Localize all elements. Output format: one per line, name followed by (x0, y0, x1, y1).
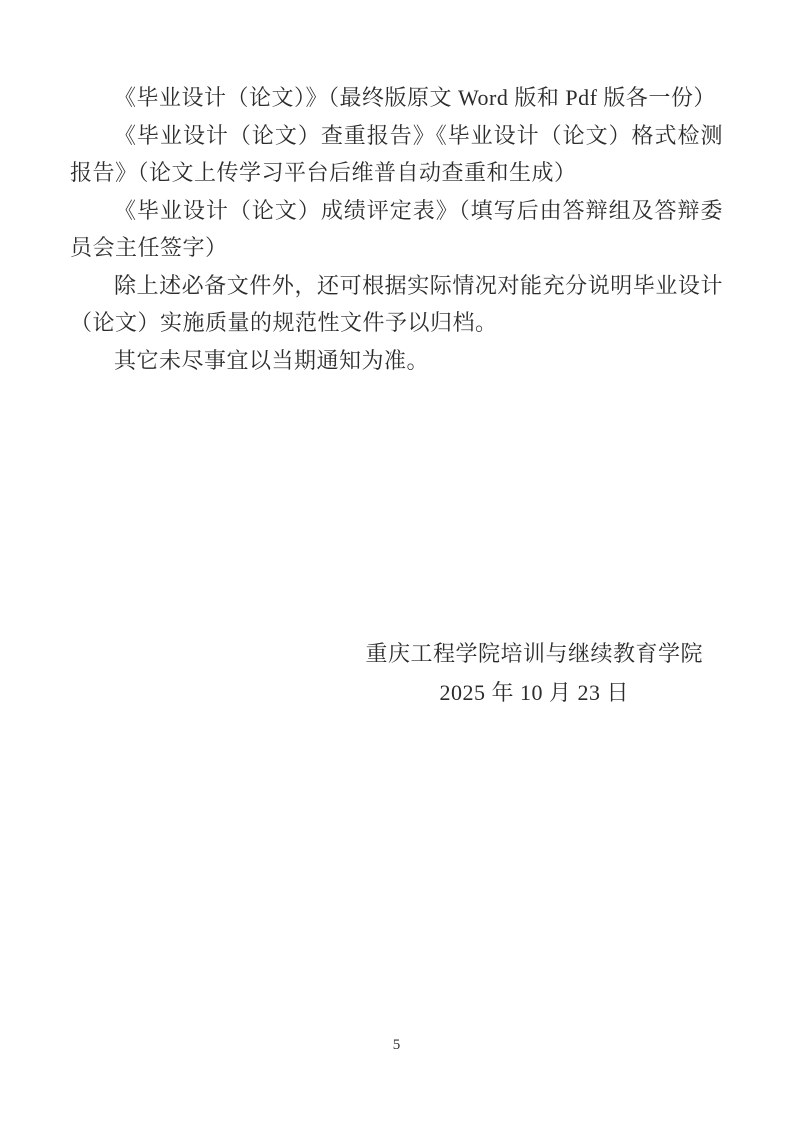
document-body: 《毕业设计（论文）》（最终版原文 Word 版和 Pdf 版各一份） 《毕业设计… (70, 79, 723, 379)
signature-date: 2025 年 10 月 23 日 (365, 673, 703, 712)
paragraph-archive-thesis: 《毕业设计（论文）》（最终版原文 Word 版和 Pdf 版各一份） (70, 79, 723, 117)
paragraph-duplicate-check-report: 《毕业设计（论文）查重报告》《毕业设计（论文）格式检测报告》（论文上传学习平台后… (70, 117, 723, 192)
page-footer: 5 (0, 1036, 793, 1054)
document-page: 《毕业设计（论文）》（最终版原文 Word 版和 Pdf 版各一份） 《毕业设计… (0, 0, 793, 1122)
signature-block: 重庆工程学院培训与继续教育学院 2025 年 10 月 23 日 (365, 634, 703, 712)
signature-organization: 重庆工程学院培训与继续教育学院 (365, 634, 703, 673)
paragraph-additional-files: 除上述必备文件外，还可根据实际情况对能充分说明毕业设计（论文）实施质量的规范性文… (70, 267, 723, 342)
paragraph-other-matters: 其它未尽事宜以当期通知为准。 (70, 342, 723, 380)
page-number: 5 (393, 1037, 401, 1053)
paragraph-grade-evaluation-form: 《毕业设计（论文）成绩评定表》（填写后由答辩组及答辩委员会主任签字） (70, 192, 723, 267)
